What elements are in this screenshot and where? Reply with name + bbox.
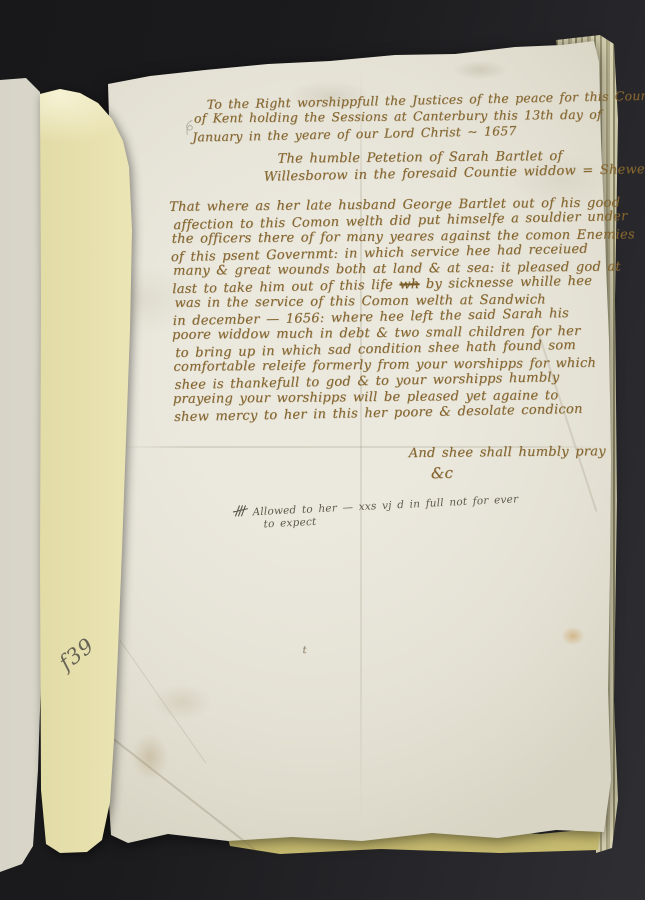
clerk-annotation-line-2: to expect	[263, 516, 316, 531]
heading-line-3: January in the yeare of our Lord Christ …	[192, 123, 517, 145]
clerk-annotation-line-1: Allowed to her — xxs vj d in full not fo…	[252, 493, 518, 518]
body-line-6-post: by sicknesse whille hee	[419, 274, 592, 292]
heading-line-2: of Kent holding the Sessions at Canterbu…	[194, 107, 602, 126]
closing-formula: And shee shall humbly pray	[409, 444, 606, 461]
manuscript-text: To the Right worshippfull the Justices o…	[0, 0, 645, 900]
marginal-pen-squiggle	[183, 118, 197, 140]
clerk-hash-mark	[232, 503, 249, 522]
struck-out-word: wh	[399, 277, 419, 292]
stray-ink-mark: t	[302, 645, 306, 656]
photograph-backdrop: f39 To the Right worshippfull the Justic…	[0, 0, 645, 900]
et-cetera-flourish: &c	[431, 464, 454, 482]
